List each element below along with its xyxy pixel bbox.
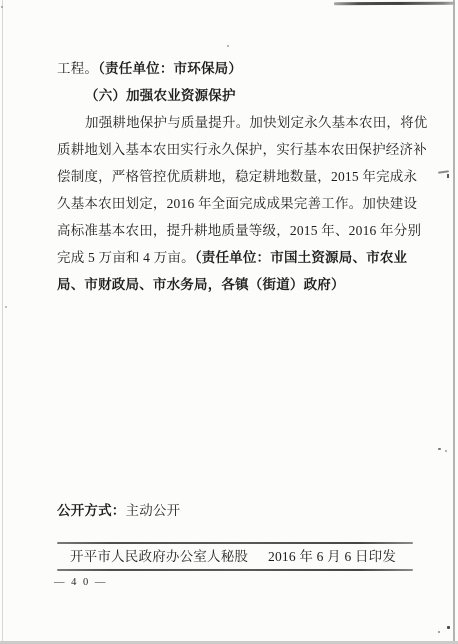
body-line-project: 工程。（责任单位：市环保局） bbox=[57, 61, 242, 76]
scan-speck bbox=[438, 631, 440, 633]
paragraph-line: 偿制度，严格管控优质耕地，稳定耕地数量，2015 年完成永 bbox=[57, 169, 417, 184]
paragraph-line: 完成 5 万亩和 4 万亩。（责任单位：市国土资源局、市农业 bbox=[57, 250, 407, 265]
page-number: — 4 0 — bbox=[54, 577, 107, 588]
scan-edge-right bbox=[453, 0, 455, 644]
paragraph-line: 质耕地划入基本农田实行永久保护，实行基本农田保护经济补 bbox=[57, 142, 427, 157]
publicity-label: 公开方式： bbox=[57, 503, 126, 518]
scan-speck bbox=[5, 306, 7, 308]
section-heading-six: （六）加强农业资源保护 bbox=[85, 88, 236, 103]
footer-print-date: 2016 年 6 月 6 日印发 bbox=[268, 549, 396, 564]
scan-squiggle-tick bbox=[447, 174, 449, 178]
scan-speck bbox=[445, 450, 447, 452]
footer-rule-top bbox=[57, 542, 413, 544]
scan-speck bbox=[447, 626, 450, 629]
scan-speck bbox=[227, 45, 229, 47]
paragraph-line: 久基本农田划定，2016 年全面完成成果完善工作。加快建设 bbox=[57, 196, 417, 211]
scan-edge-left bbox=[2, 0, 3, 644]
body-text: 完成 5 万亩和 4 万亩。 bbox=[57, 250, 195, 265]
scanned-document-page: 工程。（责任单位：市环保局） （六）加强农业资源保护 加强耕地保护与质量提升。加… bbox=[0, 0, 458, 644]
body-text: 工程。 bbox=[57, 61, 98, 76]
publicity-value: 主动公开 bbox=[126, 503, 181, 518]
scan-speck bbox=[1, 6, 3, 8]
scan-streak-top bbox=[334, 2, 455, 5]
footer-rule-bottom bbox=[57, 569, 413, 571]
responsibility-unit: （责任单位：市国土资源局、市农业 bbox=[195, 250, 407, 265]
responsibility-unit: （责任单位：市环保局） bbox=[98, 61, 242, 76]
responsibility-unit: 局、市财政局、市水务局，各镇（街道）政府） bbox=[57, 277, 345, 292]
footer-issuer: 开平市人民政府办公室人秘股 bbox=[70, 549, 248, 564]
scan-speck bbox=[438, 448, 441, 450]
publicity-method: 公开方式：主动公开 bbox=[57, 503, 180, 518]
paragraph-line: 加强耕地保护与质量提升。加快划定永久基本农田，将优 bbox=[85, 115, 428, 130]
paragraph-line: 高标准基本农田，提升耕地质量等级，2015 年、2016 年分别 bbox=[57, 223, 421, 238]
